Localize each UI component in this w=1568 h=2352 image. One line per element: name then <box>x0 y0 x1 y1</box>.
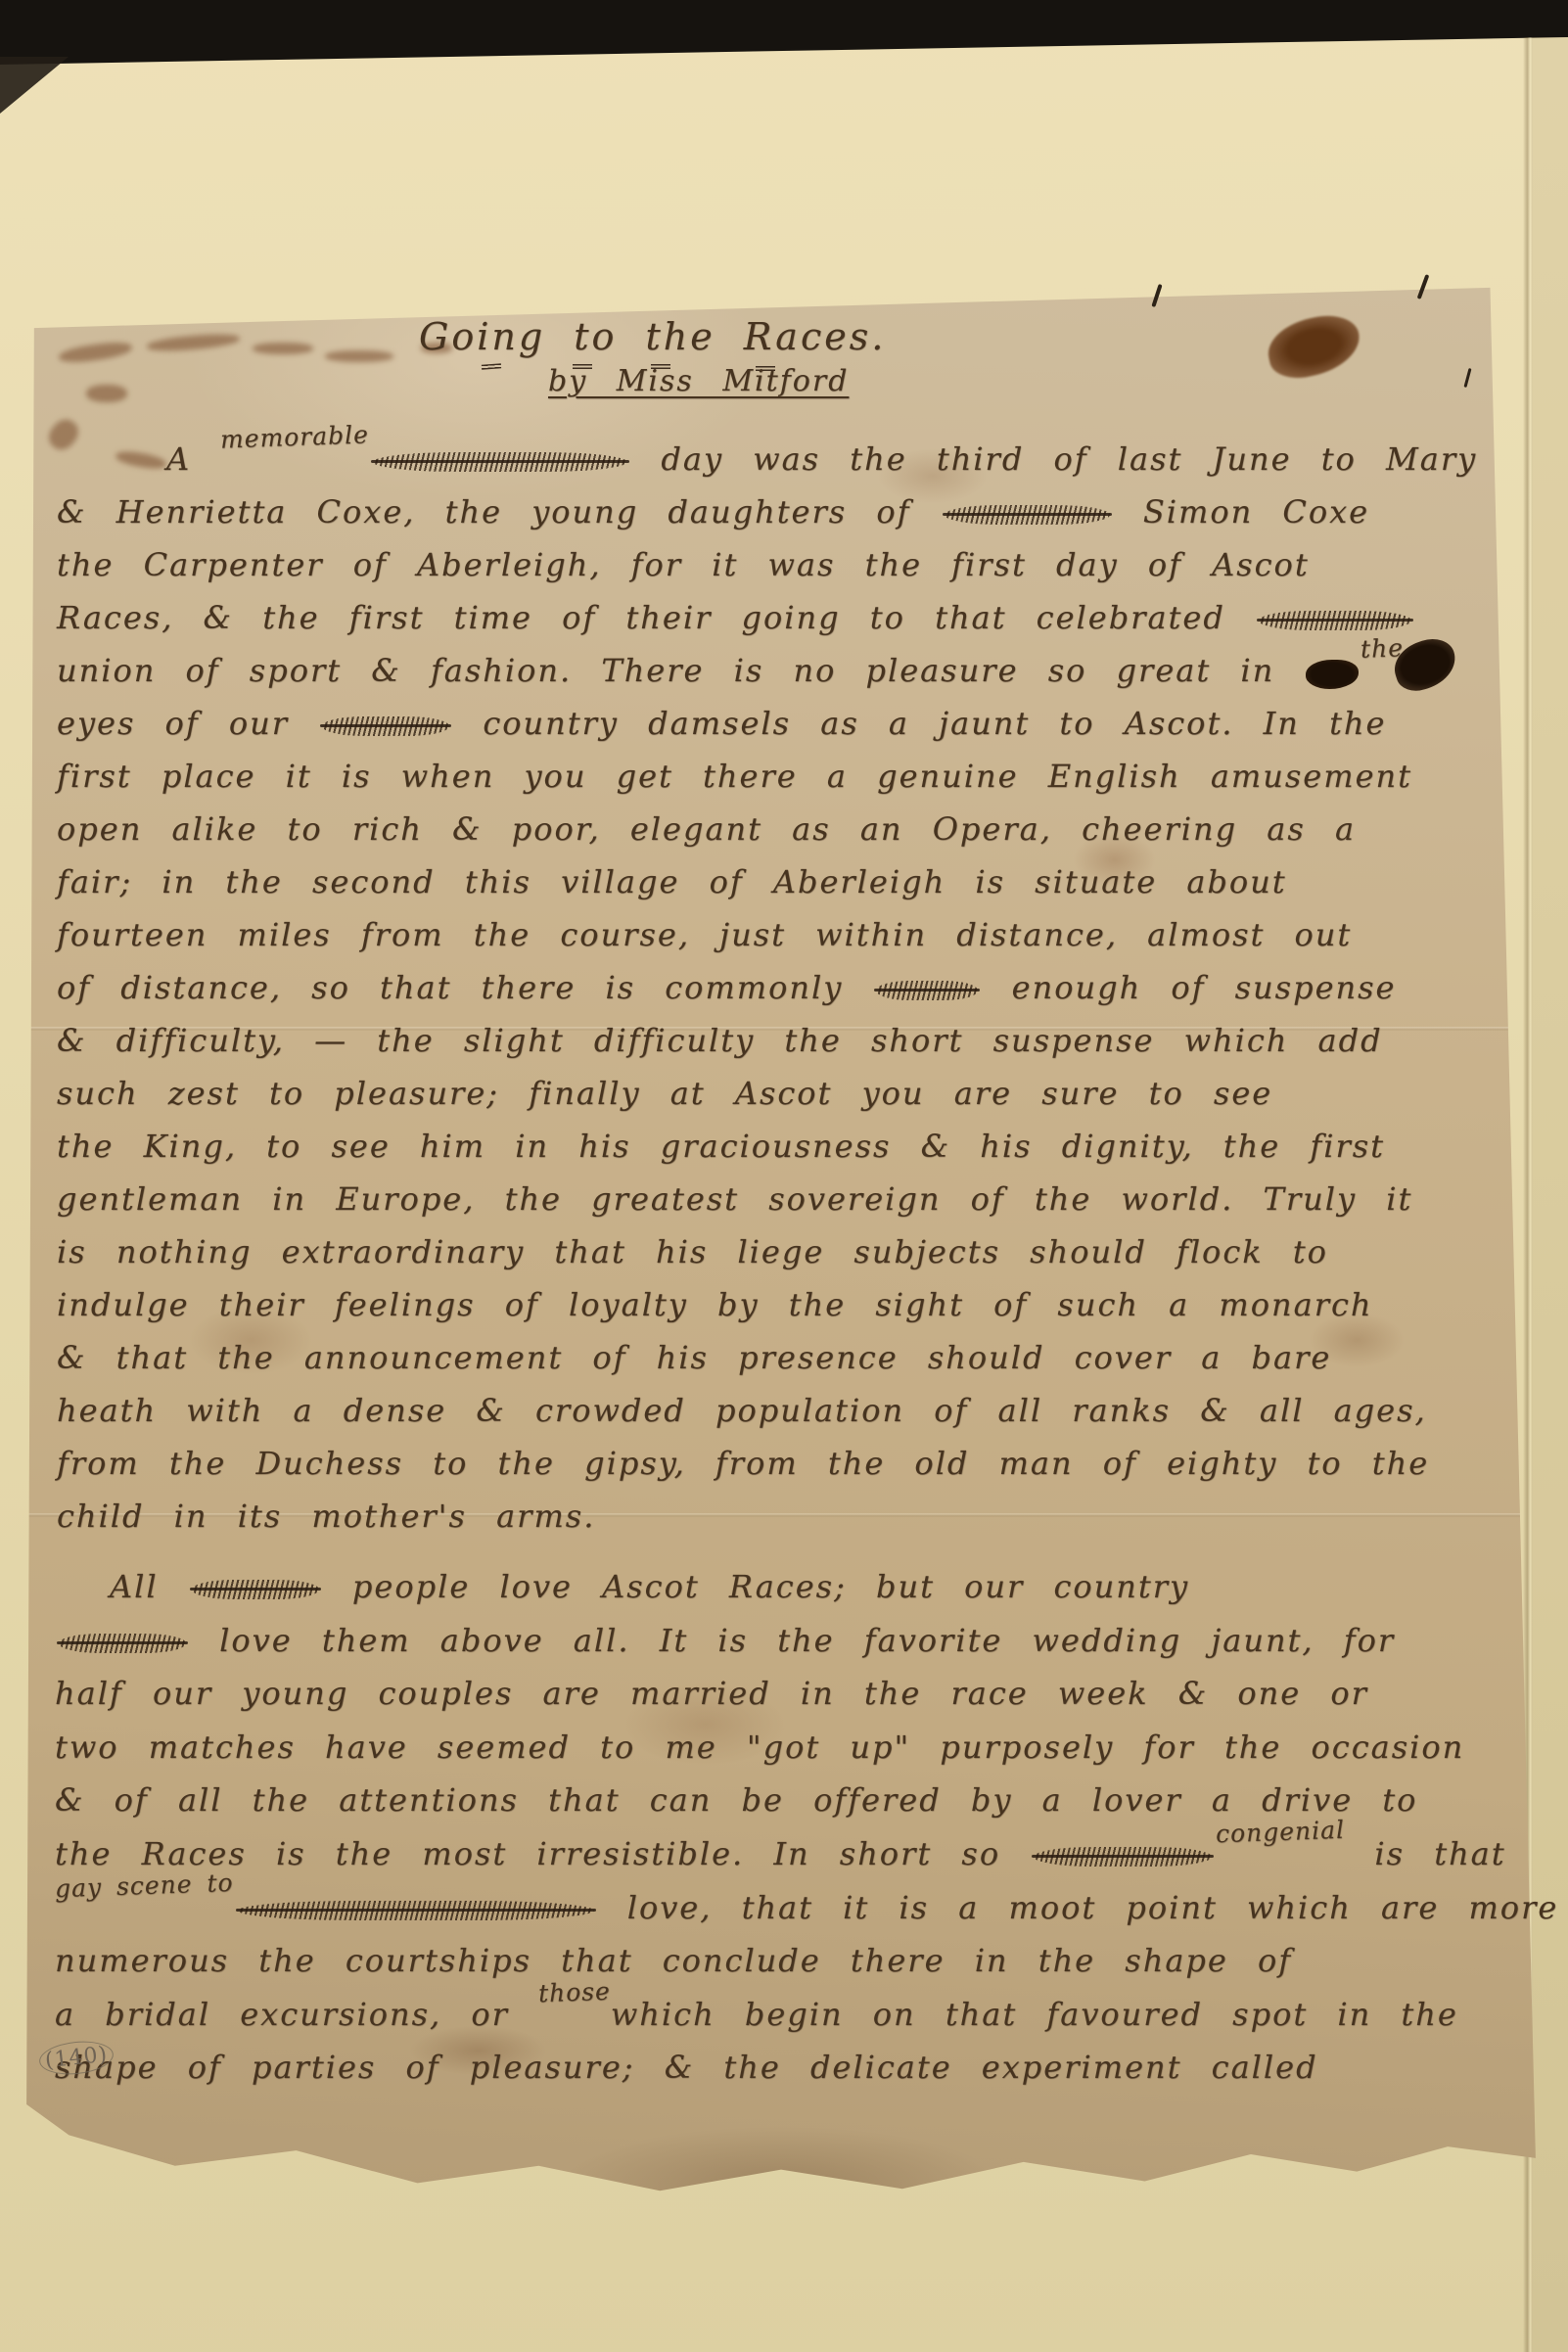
handwritten-text: numerous the courtships that conclude th… <box>55 1942 1292 1979</box>
manuscript-line: gentleman in Europe, the greatest sovere… <box>57 1180 1412 1218</box>
manuscript-line: & difficulty, — the slight difficulty th… <box>57 1022 1383 1059</box>
handwritten-text: such zest to pleasure; finally at Ascot … <box>57 1075 1272 1112</box>
crossed-out-scribble <box>945 505 1110 525</box>
manuscript-line: indulge their feelings of loyalty by the… <box>57 1286 1373 1323</box>
handwriting-layer: Going to the Races. by Miss Mitford A me… <box>0 0 1568 2352</box>
manuscript-line: open alike to rich & poor, elegant as an… <box>57 810 1356 848</box>
handwritten-text: gentleman in Europe, the greatest sovere… <box>57 1180 1412 1218</box>
manuscript-line: such zest to pleasure; finally at Ascot … <box>57 1075 1272 1112</box>
manuscript-line: from the Duchess to the gipsy, from the … <box>57 1445 1429 1482</box>
interlinear-insertion: those <box>538 1977 612 2008</box>
manuscript-line: child in its mother's arms. <box>57 1498 595 1535</box>
crossed-out-scribble <box>373 452 627 472</box>
manuscript-line: Races, & the first time of their going t… <box>57 599 1415 636</box>
handwritten-text: & of all the attentions that can be offe… <box>55 1781 1417 1819</box>
handwritten-text: shape of parties of pleasure; & the deli… <box>55 2049 1318 2086</box>
manuscript-line: & of all the attentions that can be offe… <box>55 1781 1417 1819</box>
handwritten-text: All <box>110 1568 188 1605</box>
crossed-out-scribble <box>1259 611 1411 630</box>
manuscript-line: half our young couples are married in th… <box>55 1675 1368 1712</box>
handwritten-text: a bridal excursions, or <box>55 1996 538 2033</box>
manuscript-line: the King, to see him in his graciousness… <box>57 1128 1385 1165</box>
handwritten-text: is nothing extraordinary that his liege … <box>57 1233 1328 1270</box>
manuscript-line: heath with a dense & crowded population … <box>57 1392 1427 1429</box>
handwritten-text: & that the announcement of his presence … <box>57 1339 1331 1376</box>
crossed-out-scribble <box>59 1634 186 1653</box>
handwritten-text: fair; in the second this village of Aber… <box>57 863 1287 900</box>
manuscript-line: fair; in the second this village of Aber… <box>57 863 1287 900</box>
underline-tick <box>482 363 501 369</box>
handwritten-text: of distance, so that there is commonly <box>57 969 872 1006</box>
manuscript-byline: by Miss Mitford <box>548 364 849 398</box>
handwritten-text: the Races is the most irresistible. In s… <box>55 1835 1030 1872</box>
handwritten-text: eyes of our <box>57 705 318 742</box>
manuscript-line: union of sport & fashion. There is no pl… <box>57 652 1404 689</box>
crossed-out-scribble <box>238 1901 594 1920</box>
handwritten-text: half our young couples are married in th… <box>55 1675 1368 1712</box>
manuscript-line: shape of parties of pleasure; & the deli… <box>55 2049 1318 2086</box>
handwritten-text: & Henrietta Coxe, the young daughters of <box>57 493 941 530</box>
handwritten-text: fourteen miles from the course, just wit… <box>57 916 1352 953</box>
manuscript-line: A memorable day was the third of last Ju… <box>166 440 1477 478</box>
interlinear-insertion: gay scene to <box>55 1868 234 1902</box>
handwritten-text: & difficulty, — the slight difficulty th… <box>57 1022 1383 1059</box>
handwritten-text: love them above all. It is the favorite … <box>190 1622 1395 1659</box>
crossed-out-scribble <box>322 716 449 736</box>
manuscript-line: All people love Ascot Races; but our cou… <box>110 1568 1189 1605</box>
handwritten-text: Races, & the first time of their going t… <box>57 599 1255 636</box>
manuscript-line: gay scene to love, that it is a moot poi… <box>55 1889 1558 1926</box>
manuscript-line: fourteen miles from the course, just wit… <box>57 916 1352 953</box>
handwritten-text: Simon Coxe <box>1114 493 1369 530</box>
handwritten-text: open alike to rich & poor, elegant as an… <box>57 810 1356 848</box>
manuscript-line: & that the announcement of his presence … <box>57 1339 1331 1376</box>
handwritten-text: day was the third of last June to Mary <box>631 440 1477 478</box>
manuscript-line: the Carpenter of Aberleigh, for it was t… <box>57 546 1310 583</box>
handwritten-text: country damsels as a jaunt to Ascot. In … <box>453 705 1386 742</box>
handwritten-text: is that <box>1345 1835 1505 1872</box>
interlinear-insertion: memorable <box>220 420 370 453</box>
crossed-out-scribble <box>876 981 978 1000</box>
handwritten-text: two matches have seemed to me "got up" p… <box>55 1729 1464 1766</box>
crossed-out-scribble <box>192 1580 319 1599</box>
manuscript-title: Going to the Races. <box>419 315 886 358</box>
handwritten-text: from the Duchess to the gipsy, from the … <box>57 1445 1429 1482</box>
manuscript-line: is nothing extraordinary that his liege … <box>57 1233 1328 1270</box>
handwritten-text: love, that it is a moot point which are … <box>598 1889 1559 1926</box>
manuscript-line: love them above all. It is the favorite … <box>55 1622 1395 1659</box>
handwritten-text: union of sport & fashion. There is no pl… <box>57 652 1304 689</box>
manuscript-line: of distance, so that there is commonly e… <box>57 969 1396 1006</box>
handwritten-text: people love Ascot Races; but our country <box>323 1568 1189 1605</box>
manuscript-photo: Going to the Races. by Miss Mitford A me… <box>0 0 1568 2352</box>
manuscript-line: a bridal excursions, or thosewhich begin… <box>55 1996 1458 2033</box>
crossed-out-scribble <box>1034 1847 1212 1867</box>
handwritten-text: child in its mother's arms. <box>57 1498 595 1535</box>
manuscript-line: the Races is the most irresistible. In s… <box>55 1835 1506 1872</box>
manuscript-line: two matches have seemed to me "got up" p… <box>55 1729 1464 1766</box>
interlinear-insertion: the <box>1360 633 1405 664</box>
handwritten-text: enough of suspense <box>982 969 1396 1006</box>
handwritten-text: A <box>166 440 220 478</box>
manuscript-line: first place it is when you get there a g… <box>57 758 1412 795</box>
handwritten-text: indulge their feelings of loyalty by the… <box>57 1286 1373 1323</box>
manuscript-line: eyes of our country damsels as a jaunt t… <box>57 705 1386 742</box>
ink-blot-inline <box>1306 660 1359 689</box>
manuscript-line: & Henrietta Coxe, the young daughters of… <box>57 493 1369 530</box>
handwritten-text: the Carpenter of Aberleigh, for it was t… <box>57 546 1310 583</box>
manuscript-line: numerous the courtships that conclude th… <box>55 1942 1292 1979</box>
interlinear-insertion: congenial <box>1216 1816 1346 1849</box>
handwritten-text: which begin on that favoured spot in the <box>611 1996 1458 2033</box>
handwritten-text: heath with a dense & crowded population … <box>57 1392 1427 1429</box>
handwritten-text: first place it is when you get there a g… <box>57 758 1412 795</box>
handwritten-text: the King, to see him in his graciousness… <box>57 1128 1385 1165</box>
